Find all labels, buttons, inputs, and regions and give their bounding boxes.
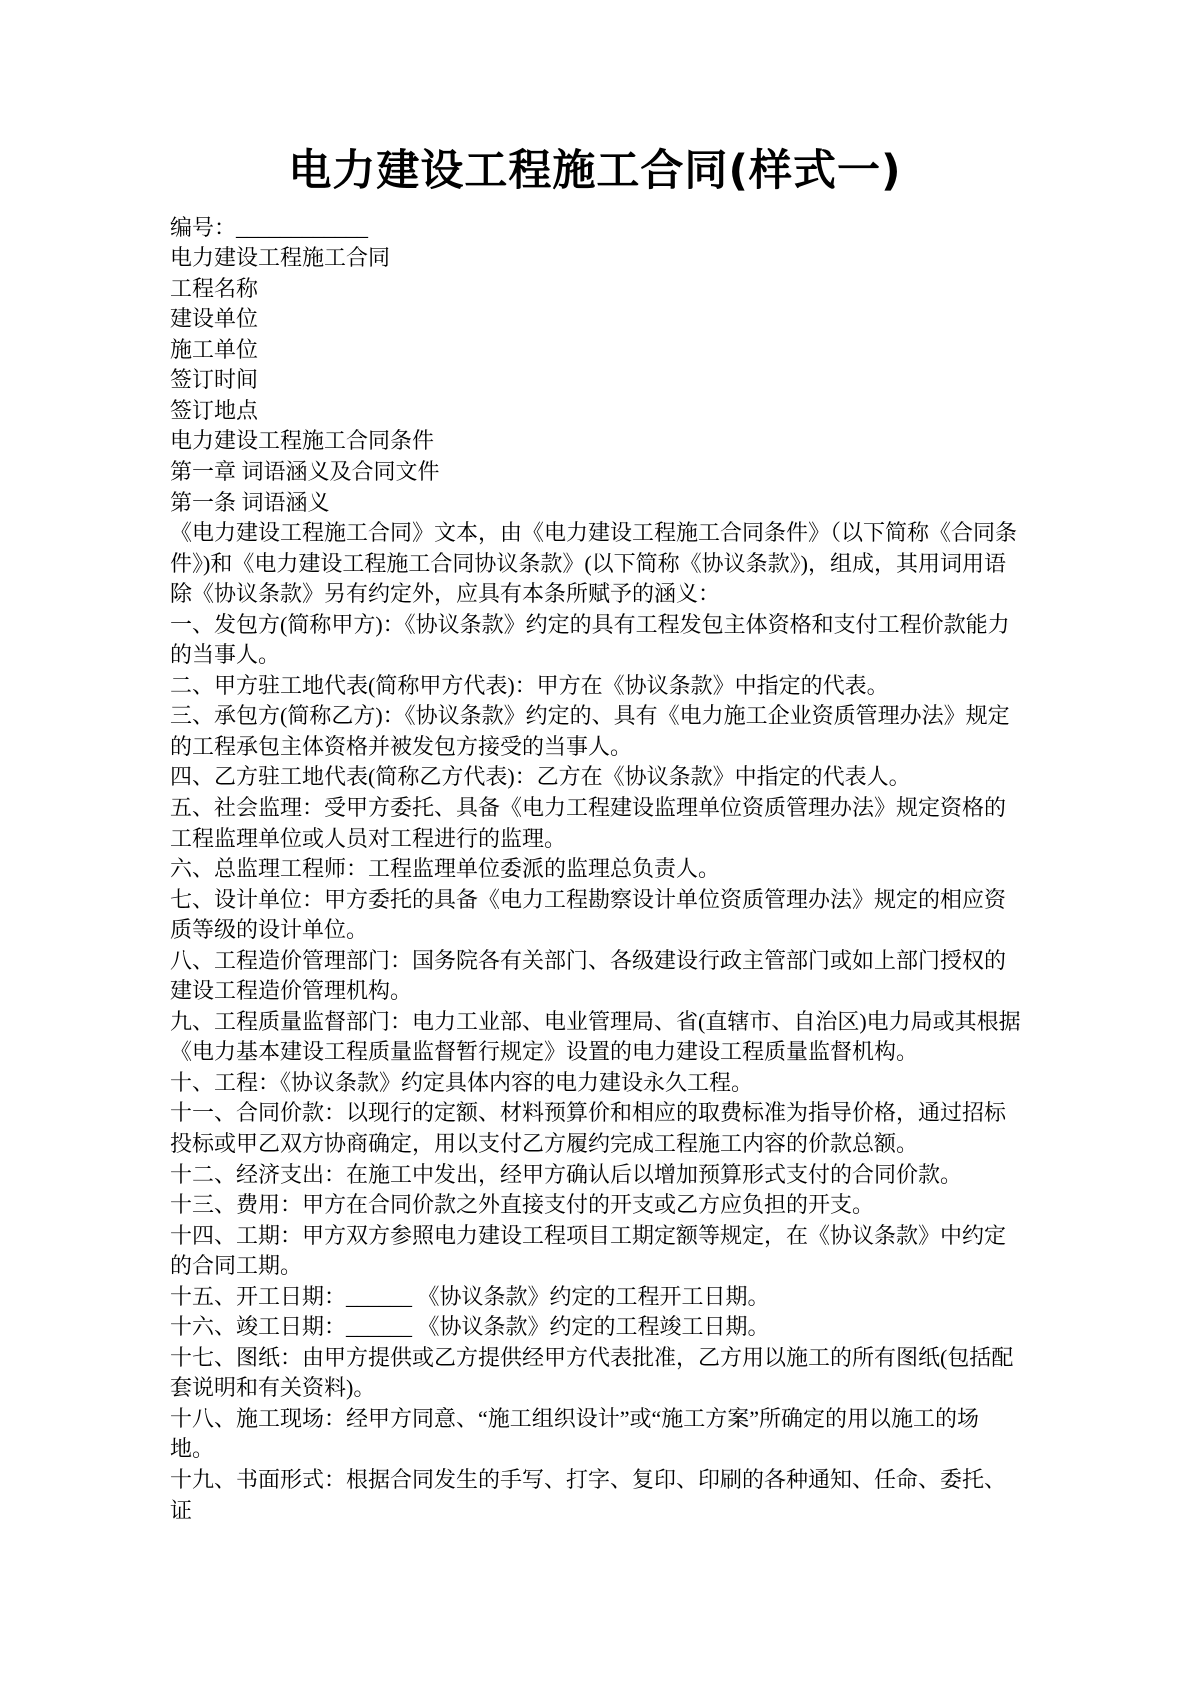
paragraph: 施工单位	[170, 335, 1022, 366]
paragraph: 七、设计单位：甲方委托的具备《电力工程勘察设计单位资质管理办法》规定的相应资质等…	[170, 885, 1022, 946]
paragraph: 电力建设工程施工合同	[170, 243, 1022, 274]
paragraph: 九、工程质量监督部门：电力工业部、电业管理局、省(直辖市、自治区)电力局或其根据…	[170, 1007, 1022, 1068]
paragraph: 签订时间	[170, 365, 1022, 396]
paragraph: 《电力建设工程施工合同》文本，由《电力建设工程施工合同条件》（以下简称《合同条件…	[170, 518, 1022, 610]
document-page: 电力建设工程施工合同(样式一) 编号：____________电力建设工程施工合…	[0, 0, 1190, 1683]
document-body: 编号：____________电力建设工程施工合同工程名称建设单位施工单位签订时…	[170, 213, 1022, 1527]
paragraph: 签订地点	[170, 396, 1022, 427]
paragraph: 第一章 词语涵义及合同文件	[170, 457, 1022, 488]
paragraph: 八、工程造价管理部门：国务院各有关部门、各级建设行政主管部门或如上部门授权的建设…	[170, 946, 1022, 1007]
paragraph: 电力建设工程施工合同条件	[170, 426, 1022, 457]
paragraph: 十九、书面形式：根据合同发生的手写、打字、复印、印刷的各种通知、任命、委托、证	[170, 1465, 1022, 1526]
paragraph: 十三、费用：甲方在合同价款之外直接支付的开支或乙方应负担的开支。	[170, 1190, 1022, 1221]
paragraph: 五、社会监理：受甲方委托、具备《电力工程建设监理单位资质管理办法》规定资格的工程…	[170, 793, 1022, 854]
paragraph: 十八、施工现场：经甲方同意、“施工组织设计”或“施工方案”所确定的用以施工的场地…	[170, 1404, 1022, 1465]
paragraph: 四、乙方驻工地代表(简称乙方代表)：乙方在《协议条款》中指定的代表人。	[170, 762, 1022, 793]
paragraph: 十六、竣工日期：______ 《协议条款》约定的工程竣工日期。	[170, 1312, 1022, 1343]
paragraph: 编号：____________	[170, 213, 1022, 244]
paragraph: 工程名称	[170, 274, 1022, 305]
paragraph: 一、发包方(简称甲方)：《协议条款》约定的具有工程发包主体资格和支付工程价款能力…	[170, 610, 1022, 671]
paragraph: 十五、开工日期：______ 《协议条款》约定的工程开工日期。	[170, 1282, 1022, 1313]
paragraph: 十七、图纸：由甲方提供或乙方提供经甲方代表批准，乙方用以施工的所有图纸(包括配套…	[170, 1343, 1022, 1404]
paragraph: 十二、经济支出：在施工中发出，经甲方确认后以增加预算形式支付的合同价款。	[170, 1160, 1022, 1191]
document-title: 电力建设工程施工合同(样式一)	[0, 0, 1190, 198]
paragraph: 第一条 词语涵义	[170, 488, 1022, 519]
paragraph: 六、总监理工程师：工程监理单位委派的监理总负责人。	[170, 854, 1022, 885]
paragraph: 三、承包方(简称乙方)：《协议条款》约定的、具有《电力施工企业资质管理办法》规定…	[170, 701, 1022, 762]
paragraph: 二、甲方驻工地代表(简称甲方代表)：甲方在《协议条款》中指定的代表。	[170, 671, 1022, 702]
paragraph: 十、工程：《协议条款》约定具体内容的电力建设永久工程。	[170, 1068, 1022, 1099]
paragraph: 十四、工期：甲方双方参照电力建设工程项目工期定额等规定，在《协议条款》中约定的合…	[170, 1221, 1022, 1282]
paragraph: 建设单位	[170, 304, 1022, 335]
paragraph: 十一、合同价款：以现行的定额、材料预算价和相应的取费标准为指导价格，通过招标投标…	[170, 1098, 1022, 1159]
